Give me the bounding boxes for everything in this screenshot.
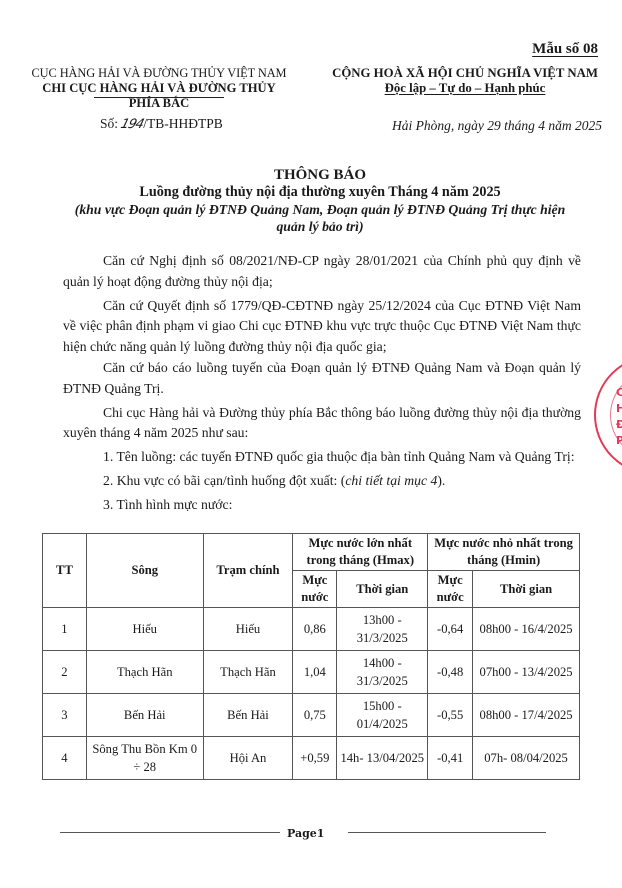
header-hmax-time: Thời gian	[337, 571, 428, 608]
footer-rule-right	[348, 832, 546, 833]
header-tt: TT	[43, 534, 87, 608]
header-hmax-group: Mực nước lớn nhất trong tháng (Hmax)	[293, 534, 428, 571]
cell-tt: 4	[43, 737, 87, 780]
cell-hmax: 0,75	[293, 694, 337, 737]
cell-hmin: -0,48	[428, 651, 473, 694]
seal-text: C HÀ ĐU P	[616, 385, 622, 449]
footer-rule-left	[60, 832, 280, 833]
cell-hmax-time: 14h00 - 31/3/2025	[337, 651, 428, 694]
notice-body: Căn cứ Nghị định số 08/2021/NĐ-CP ngày 2…	[63, 251, 581, 516]
cell-hmin-time: 08h00 - 17/4/2025	[473, 694, 580, 737]
document-number: Số: 194/TB-HHĐTPB	[100, 116, 223, 132]
page-number: Page1	[287, 827, 324, 840]
cell-tt: 2	[43, 651, 87, 694]
place-date: Hải Phòng, ngày 29 tháng 4 năm 2025	[392, 118, 602, 134]
national-motto: Độc lập – Tự do – Hạnh phúc	[315, 81, 615, 96]
issuing-agency: CHI CỤC HÀNG HẢI VÀ ĐƯỜNG THỦY PHÍA BẮC	[28, 81, 290, 111]
doc-no-suffix: /TB-HHĐTPB	[143, 116, 223, 131]
cell-hmin-time: 08h00 - 16/4/2025	[473, 608, 580, 651]
cell-hmin-time: 07h- 08/04/2025	[473, 737, 580, 780]
notice-subtitle: Luồng đường thủy nội địa thường xuyên Th…	[60, 184, 580, 201]
header-station: Trạm chính	[203, 534, 293, 608]
basis-paragraph: Căn cứ Nghị định số 08/2021/NĐ-CP ngày 2…	[63, 251, 581, 293]
notice-scope: (khu vực Đoạn quản lý ĐTNĐ Quảng Nam, Đo…	[60, 201, 580, 235]
cell-hmax-time: 14h- 13/04/2025	[337, 737, 428, 780]
item-3-water-level: 3. Tình hình mực nước:	[63, 495, 581, 516]
water-level-table: TT Sông Trạm chính Mực nước lớn nhất tro…	[42, 533, 580, 780]
cell-hmax: 1,04	[293, 651, 337, 694]
agency-header: CỤC HÀNG HẢI VÀ ĐƯỜNG THỦY VIỆT NAM CHI …	[28, 66, 290, 111]
basis-paragraph: Căn cứ Quyết định số 1779/QĐ-CĐTNĐ ngày …	[63, 296, 581, 358]
item-2-suffix: ).	[437, 473, 445, 488]
nation-name: CỘNG HOÀ XÃ HỘI CHỦ NGHĨA VIỆT NAM	[315, 66, 615, 81]
header-hmax-level: Mực nước	[293, 571, 337, 608]
cell-station: Hội An	[203, 737, 293, 780]
cell-river: Thạch Hãn	[86, 651, 203, 694]
header-hmin-group: Mực nước nhỏ nhất trong tháng (Hmin)	[428, 534, 580, 571]
agency-underline	[94, 97, 224, 98]
cell-station: Thạch Hãn	[203, 651, 293, 694]
table-row: 2 Thạch Hãn Thạch Hãn 1,04 14h00 - 31/3/…	[43, 651, 580, 694]
cell-hmax: 0,86	[293, 608, 337, 651]
doc-no-label: Số:	[100, 116, 118, 131]
header-hmin-time: Thời gian	[473, 571, 580, 608]
notice-heading: THÔNG BÁO	[60, 166, 580, 184]
item-2-prefix: 2. Khu vực có bãi cạn/tình huống đột xuấ…	[103, 473, 345, 488]
cell-hmax-time: 13h00 - 31/3/2025	[337, 608, 428, 651]
item-1-channel-name: 1. Tên luồng: các tuyến ĐTNĐ quốc gia th…	[63, 447, 581, 468]
cell-tt: 1	[43, 608, 87, 651]
item-2-shoal-areas: 2. Khu vực có bãi cạn/tình huống đột xuấ…	[63, 471, 581, 492]
table-row: 1 Hiếu Hiếu 0,86 13h00 - 31/3/2025 -0,64…	[43, 608, 580, 651]
announcement-paragraph: Chi cục Hàng hải và Đường thủy phía Bắc …	[63, 403, 581, 445]
cell-river: Hiếu	[86, 608, 203, 651]
cell-station: Bến Hải	[203, 694, 293, 737]
form-number: Mẫu số 08	[532, 41, 598, 58]
item-2-reference: chi tiết tại mục 4	[345, 473, 437, 488]
basis-paragraph: Căn cứ báo cáo luồng tuyến của Đoạn quản…	[63, 358, 581, 400]
national-header: CỘNG HOÀ XÃ HỘI CHỦ NGHĨA VIỆT NAM Độc l…	[315, 66, 615, 96]
cell-tt: 3	[43, 694, 87, 737]
header-hmin-level: Mực nước	[428, 571, 473, 608]
cell-hmin: -0,41	[428, 737, 473, 780]
cell-hmax: +0,59	[293, 737, 337, 780]
table-row: 4 Sông Thu Bồn Km 0 ÷ 28 Hội An +0,59 14…	[43, 737, 580, 780]
header-river: Sông	[86, 534, 203, 608]
parent-agency: CỤC HÀNG HẢI VÀ ĐƯỜNG THỦY VIỆT NAM	[28, 66, 290, 81]
cell-hmin: -0,55	[428, 694, 473, 737]
table-row: 3 Bến Hải Bến Hải 0,75 15h00 - 01/4/2025…	[43, 694, 580, 737]
cell-station: Hiếu	[203, 608, 293, 651]
cell-river: Sông Thu Bồn Km 0 ÷ 28	[86, 737, 203, 780]
title-block: THÔNG BÁO Luồng đường thủy nội địa thườn…	[60, 166, 580, 235]
cell-hmin: -0,64	[428, 608, 473, 651]
cell-hmin-time: 07h00 - 13/4/2025	[473, 651, 580, 694]
cell-hmax-time: 15h00 - 01/4/2025	[337, 694, 428, 737]
red-seal-stamp: C HÀ ĐU P	[594, 355, 622, 475]
doc-no-handwritten: 194	[119, 117, 145, 132]
cell-river: Bến Hải	[86, 694, 203, 737]
